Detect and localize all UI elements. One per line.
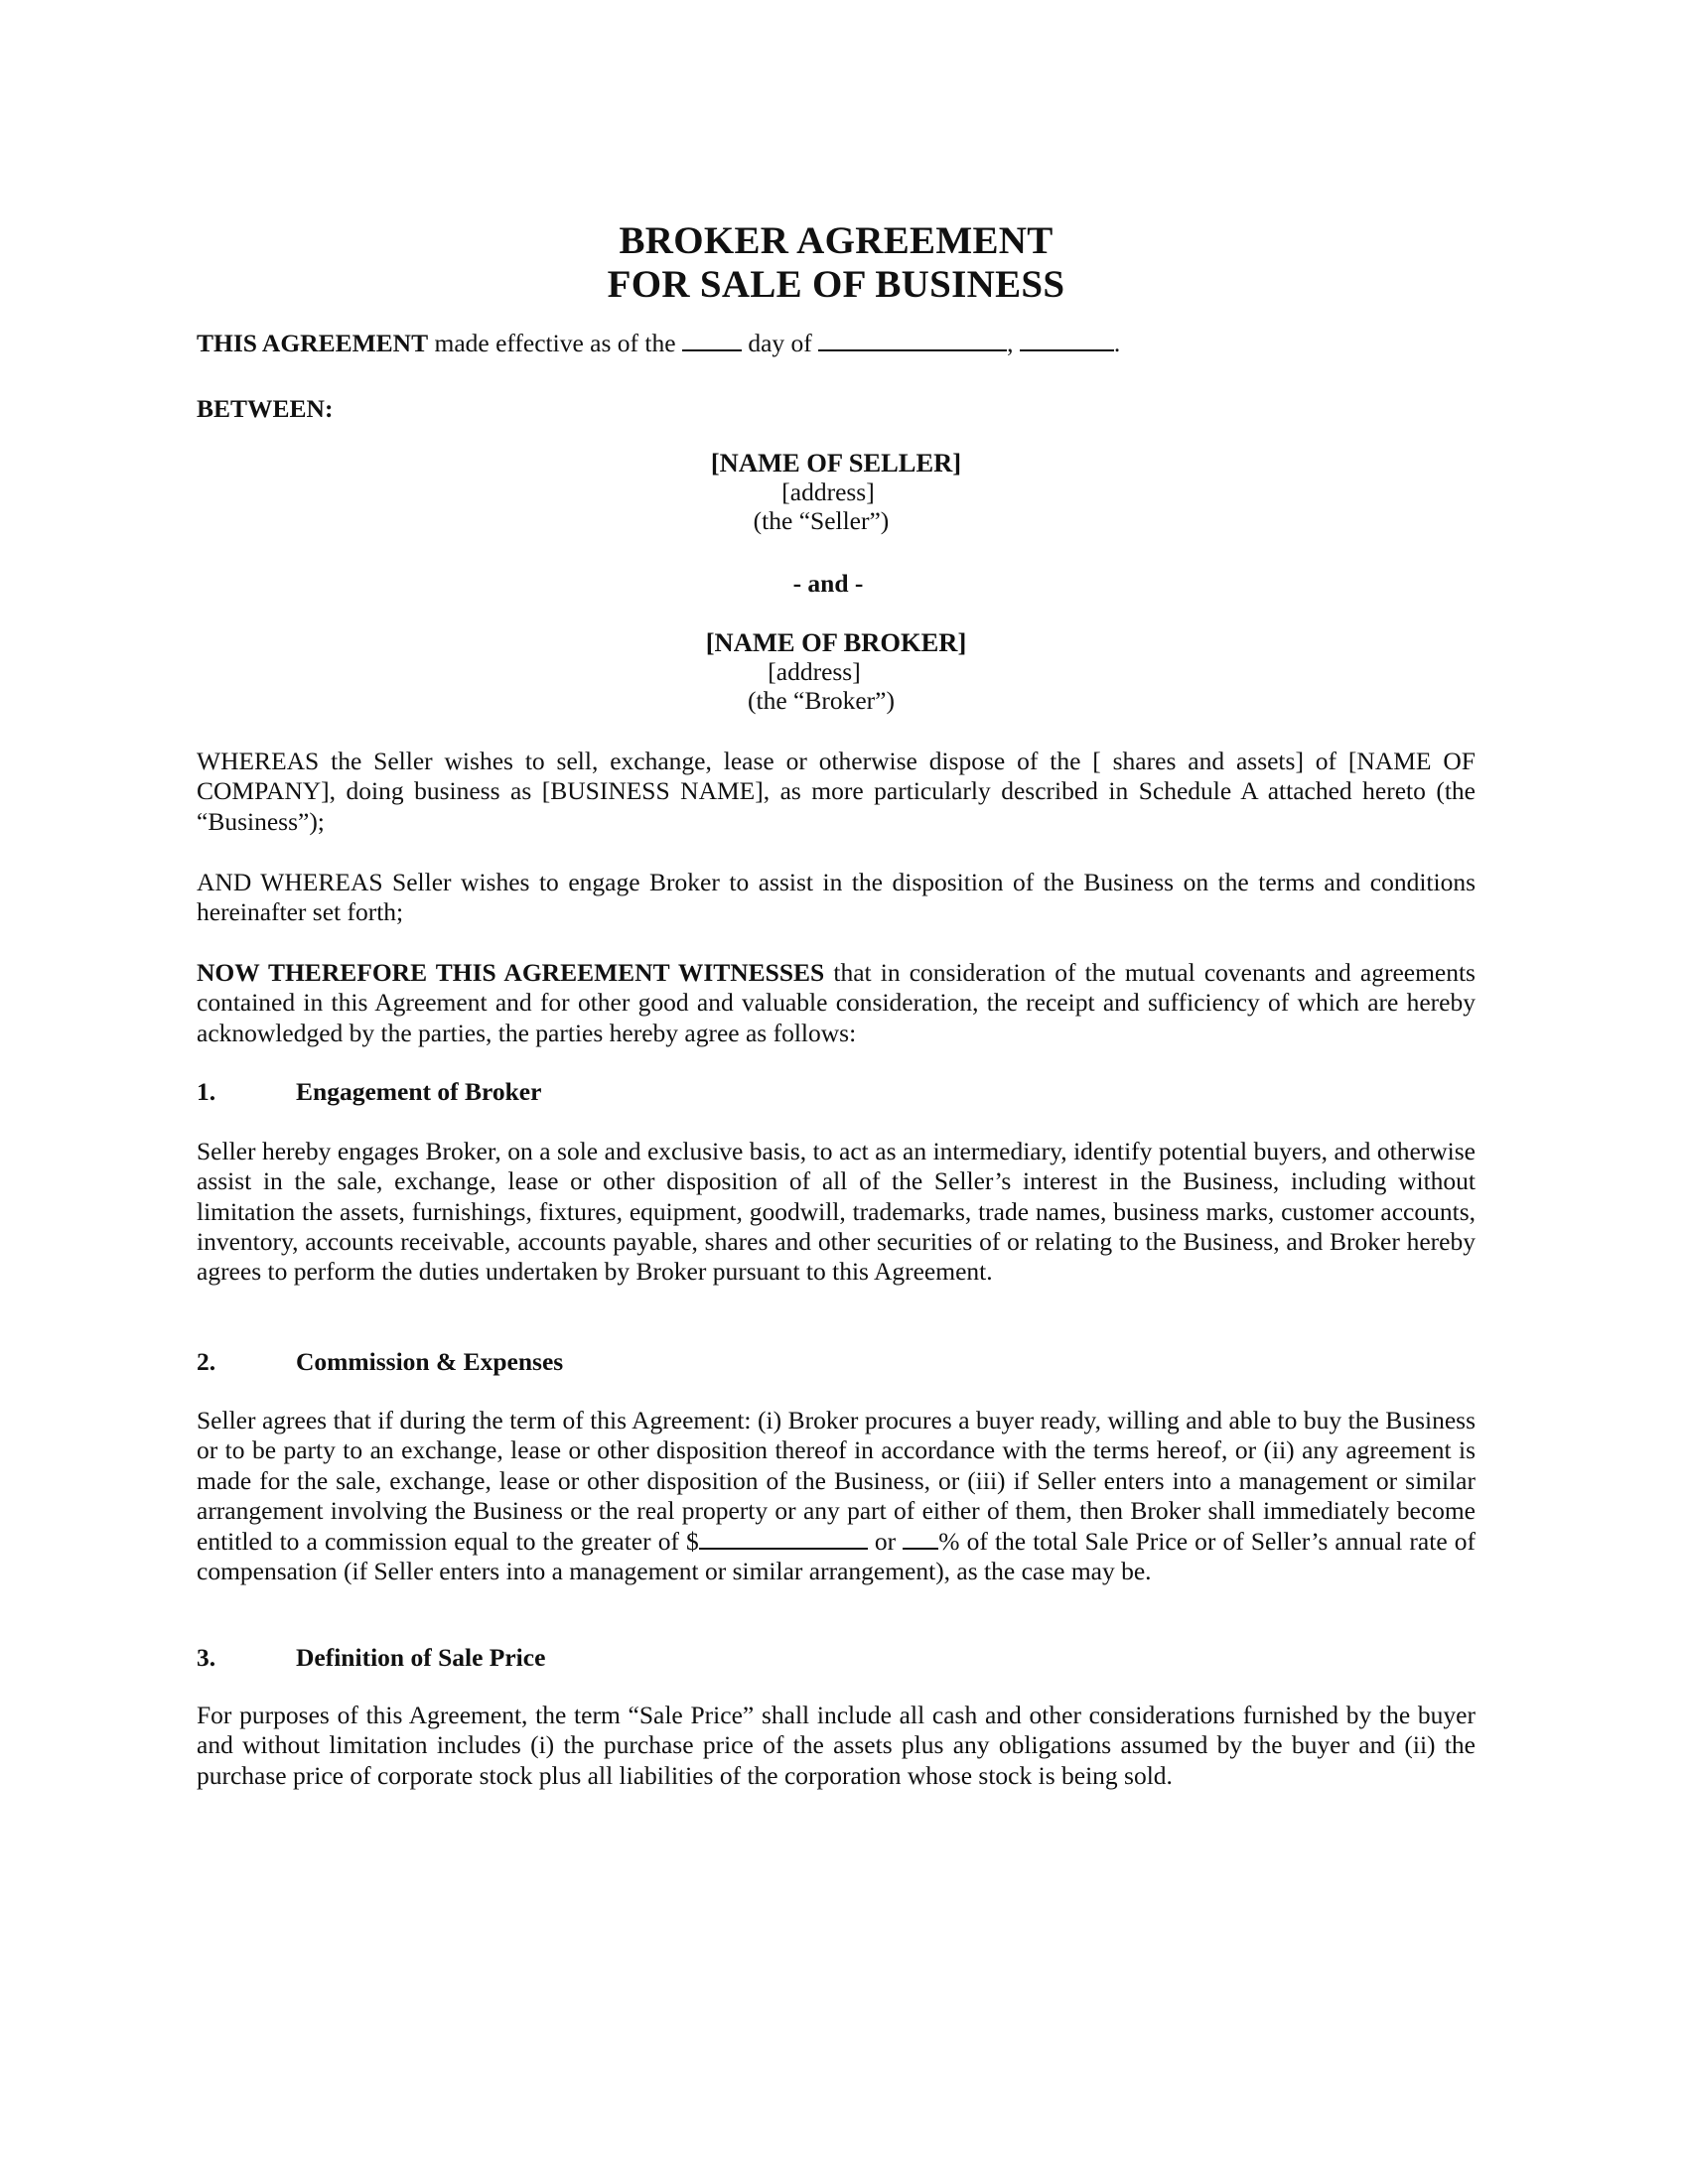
witnesses-lead: NOW THEREFORE THIS AGREEMENT WITNESSES — [197, 958, 824, 987]
section-3-title: Definition of Sale Price — [296, 1643, 545, 1672]
section-1-heading: 1.Engagement of Broker — [197, 1077, 541, 1107]
section-3-body: For purposes of this Agreement, the term… — [197, 1701, 1476, 1791]
between-label: BETWEEN: — [197, 394, 1476, 424]
seller-block: [NAME OF SELLER] [address] (the “Seller”… — [197, 449, 1476, 535]
preamble-lead: THIS AGREEMENT — [197, 329, 428, 357]
commission-amount-blank[interactable] — [699, 1526, 868, 1550]
section-3-heading: 3.Definition of Sale Price — [197, 1643, 545, 1673]
broker-designation: (the “Broker”) — [182, 686, 1461, 715]
month-blank[interactable] — [818, 328, 1007, 351]
preamble-comma: , — [1007, 329, 1020, 357]
section-1-body: Seller hereby engages Broker, on a sole … — [197, 1137, 1476, 1287]
preamble-period: . — [1114, 329, 1120, 357]
section-3-number: 3. — [197, 1643, 296, 1673]
recital-and-whereas: AND WHEREAS Seller wishes to engage Brok… — [197, 868, 1476, 928]
section-2-body: Seller agrees that if during the term of… — [197, 1406, 1476, 1587]
day-blank[interactable] — [682, 328, 742, 351]
section-1-title: Engagement of Broker — [296, 1077, 541, 1106]
broker-address: [address] — [175, 657, 1454, 686]
broker-name: [NAME OF BROKER] — [197, 628, 1476, 657]
and-separator: - and - — [189, 569, 1468, 598]
recital-whereas: WHEREAS the Seller wishes to sell, excha… — [197, 747, 1476, 837]
section-2-heading: 2.Commission & Expenses — [197, 1347, 563, 1377]
section-2-number: 2. — [197, 1347, 296, 1377]
preamble: THIS AGREEMENT made effective as of the … — [197, 328, 1476, 358]
preamble-text: made effective as of the — [428, 329, 682, 357]
commission-percent-blank[interactable] — [903, 1526, 938, 1550]
section-2-body-part2: or — [868, 1527, 903, 1556]
seller-designation: (the “Seller”) — [182, 506, 1461, 535]
broker-block: [NAME OF BROKER] [address] (the “Broker”… — [197, 628, 1476, 715]
document-title-line-2: FOR SALE OF BUSINESS — [197, 263, 1476, 307]
section-2-title: Commission & Expenses — [296, 1347, 563, 1376]
document-title-line-1: BROKER AGREEMENT — [197, 219, 1476, 263]
section-1-number: 1. — [197, 1077, 296, 1107]
seller-address: [address] — [189, 478, 1468, 506]
seller-name: [NAME OF SELLER] — [197, 449, 1476, 478]
year-blank[interactable] — [1020, 328, 1114, 351]
witnesses-clause: NOW THEREFORE THIS AGREEMENT WITNESSES t… — [197, 958, 1476, 1048]
preamble-day-of: day of — [742, 329, 818, 357]
